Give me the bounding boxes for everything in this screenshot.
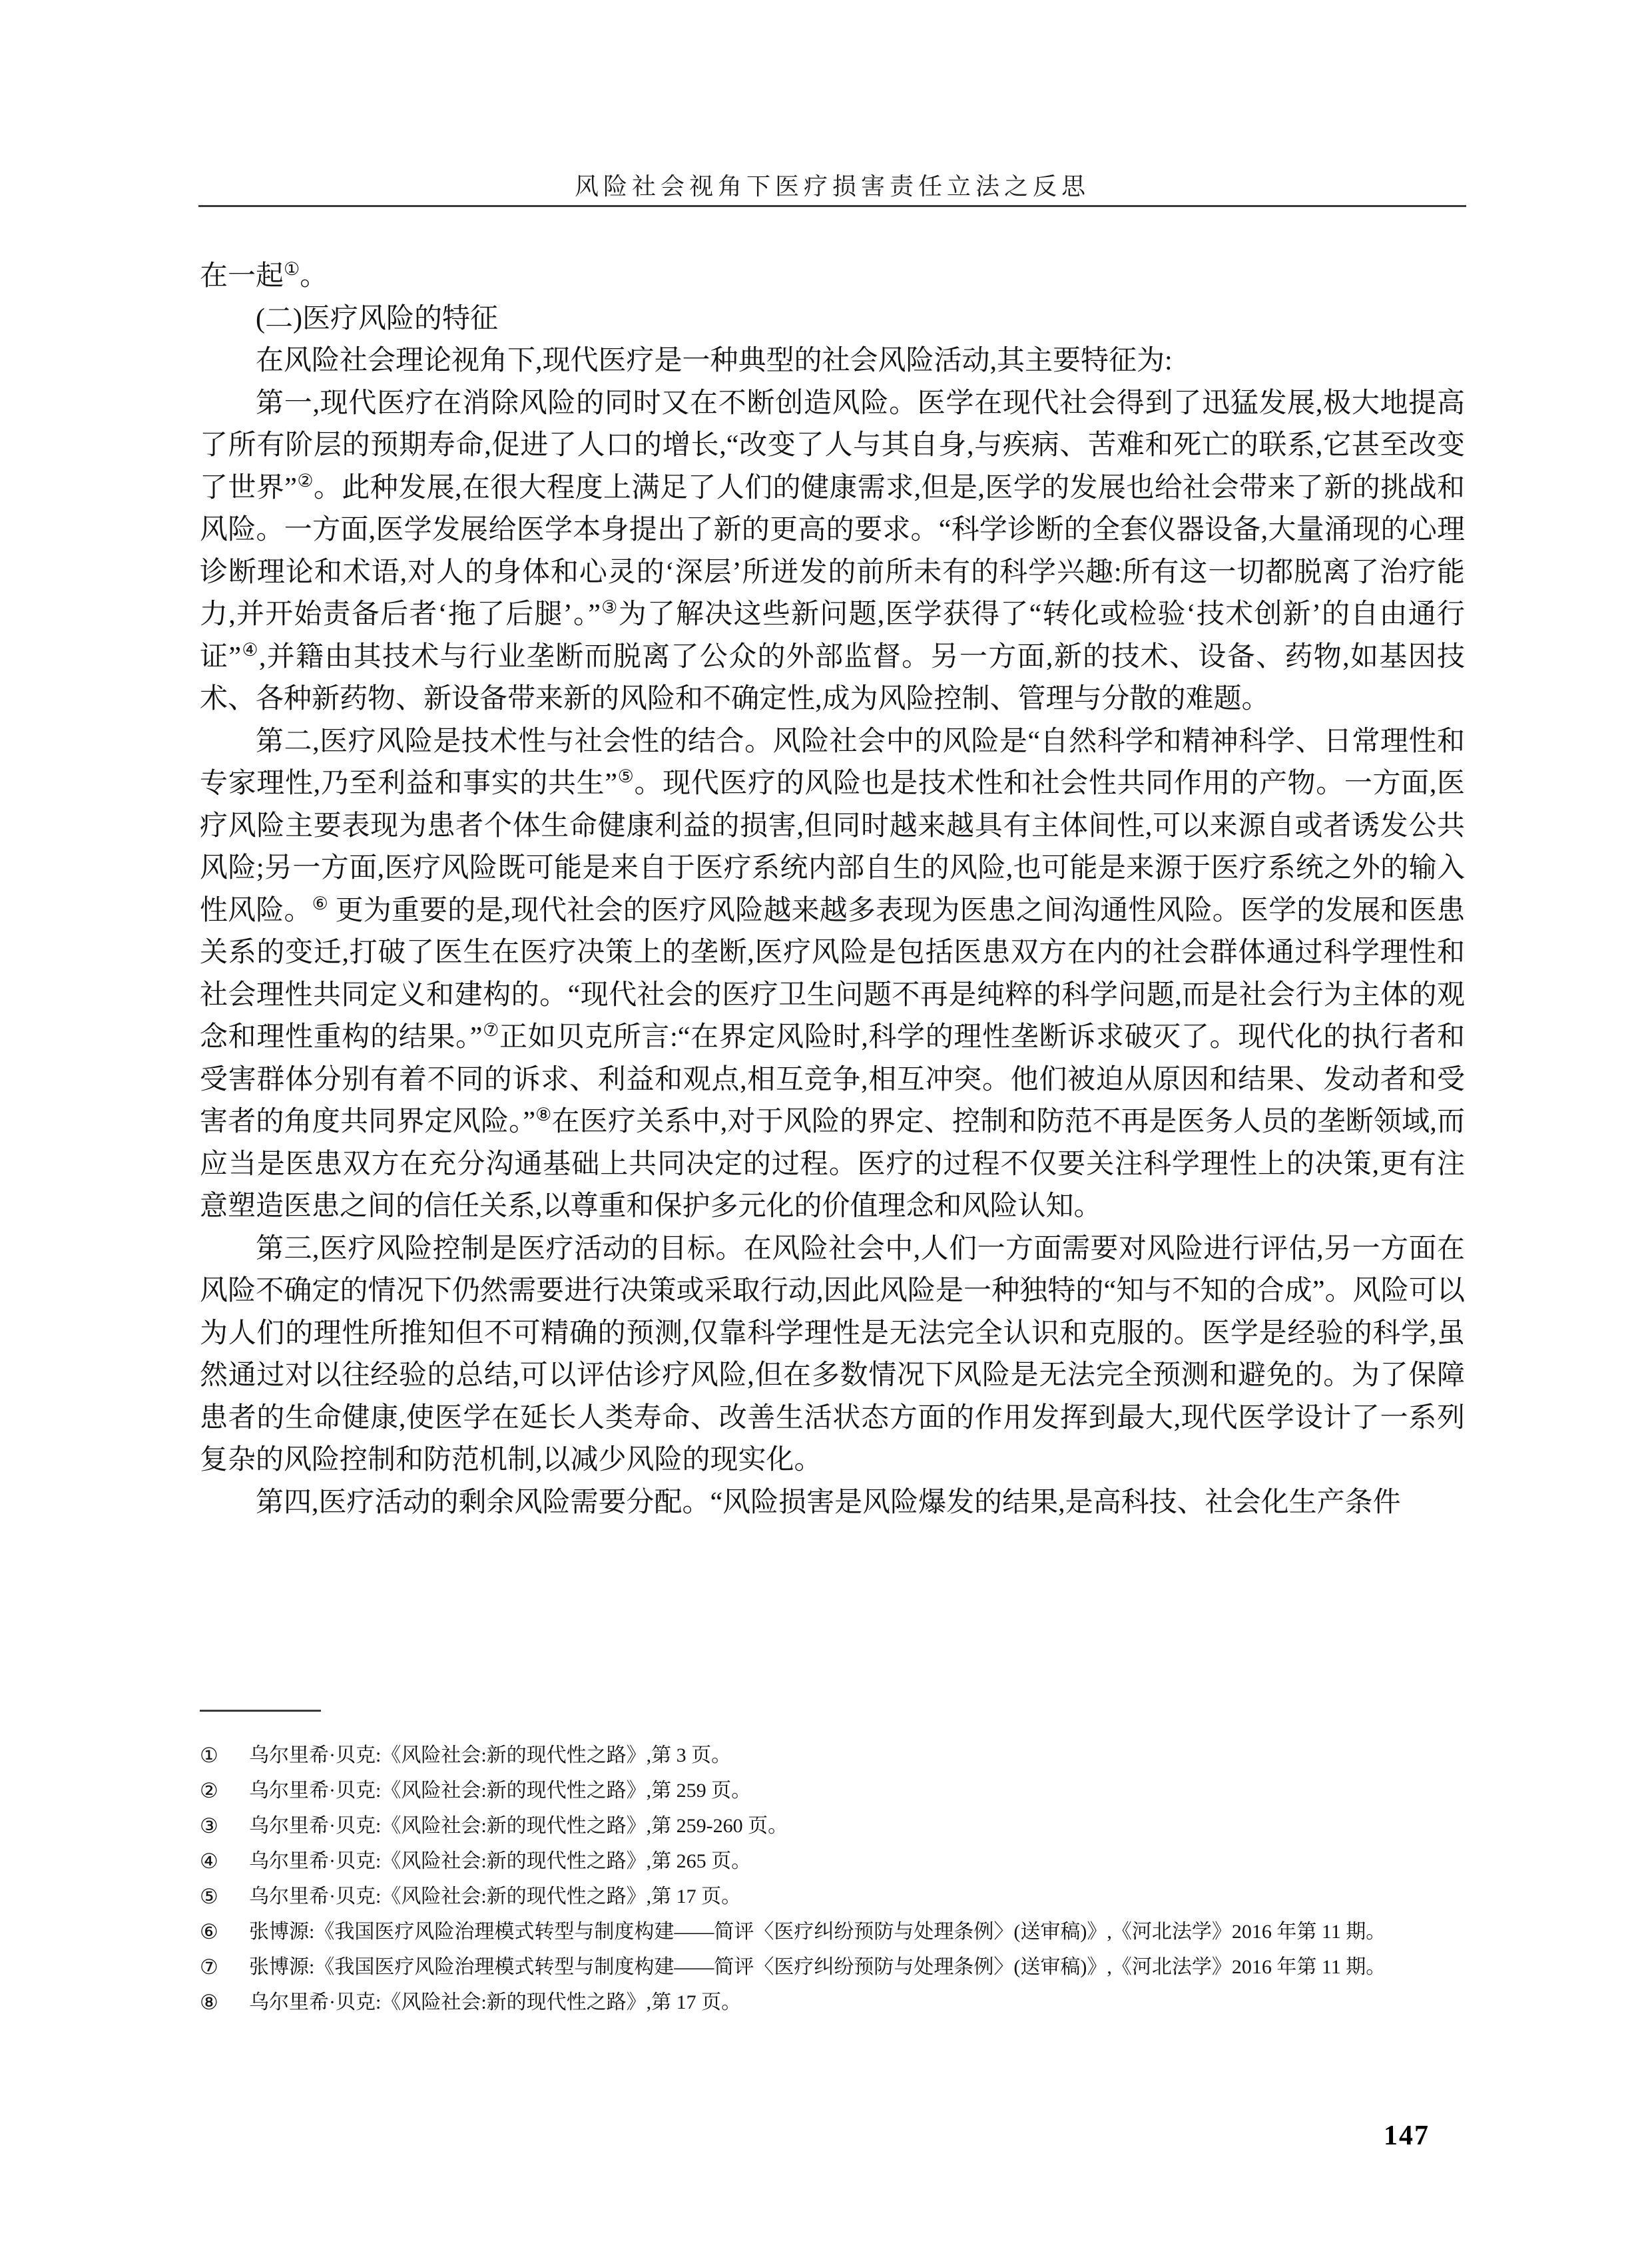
text-segment: 第三,医疗风险控制是医疗活动的目标。在风险社会中,人们一方面需要对风险进行评估,… [200,1234,1465,1476]
footnote-ref: ② [297,471,314,491]
body-paragraph: 在风险社会理论视角下,现代医疗是一种典型的社会风险活动,其主要特征为: [200,340,1465,383]
footnote-ref: ④ [241,640,259,660]
footnote-marker: ③ [200,1808,218,1844]
footnote-marker: ④ [200,1844,218,1879]
footnote-text: 乌尔里希·贝克:《风险社会:新的现代性之路》,第 265 页。 [249,1850,751,1872]
footnote-item: ④乌尔里希·贝克:《风险社会:新的现代性之路》,第 265 页。 [200,1844,1468,1879]
footnote-ref: ⑧ [535,1105,552,1124]
body-paragraph: 第一,现代医疗在消除风险的同时又在不断创造风险。医学在现代社会得到了迅猛发展,极… [200,383,1465,721]
footnote-item: ①乌尔里希·贝克:《风险社会:新的现代性之路》,第 3 页。 [200,1738,1468,1773]
footnote-ref: ⑦ [482,1020,499,1040]
footnote-ref: ① [284,259,300,279]
footnote-text: 乌尔里希·贝克:《风险社会:新的现代性之路》,第 259-260 页。 [249,1815,788,1837]
running-head-title: 风险社会视角下医疗损害责任立法之反思 [200,168,1465,202]
document-page: 风险社会视角下医疗损害责任立法之反思 在一起①。(二)医疗风险的特征在风险社会理… [0,0,1652,2241]
body-paragraph: 第四,医疗活动的剩余风险需要分配。“风险损害是风险爆发的结果,是高科技、社会化生… [200,1482,1465,1525]
text-segment: 在一起 [200,261,284,292]
footnote-marker: ⑧ [200,1985,218,2020]
footnote-ref: ③ [601,597,619,617]
footnote-text: 乌尔里希·贝克:《风险社会:新的现代性之路》,第 259 页。 [249,1780,751,1802]
text-segment: (二)医疗风险的特征 [256,304,498,334]
body-paragraph: 第二,医疗风险是技术性与社会性的结合。风险社会中的风险是“自然科学和精神科学、日… [200,721,1465,1228]
footnote-item: ⑧乌尔里希·贝克:《风险社会:新的现代性之路》,第 17 页。 [200,1985,1468,2020]
text-segment: 第四,医疗活动的剩余风险需要分配。“风险损害是风险爆发的结果,是高科技、社会化生… [256,1487,1401,1518]
text-segment: ,并籍由其技术与行业垄断而脱离了公众的外部监督。另一方面,新的技术、设备、药物,… [200,642,1465,715]
body-paragraph: (二)医疗风险的特征 [200,298,1465,341]
footnote-text: 乌尔里希·贝克:《风险社会:新的现代性之路》,第 17 页。 [249,1991,741,2013]
footnote-text: 张博源:《我国医疗风险治理模式转型与制度构建——简评〈医疗纠纷预防与处理条例〉(… [249,1921,1386,1943]
header-divider [198,205,1466,207]
footnote-text: 乌尔里希·贝克:《风险社会:新的现代性之路》,第 17 页。 [249,1885,741,1907]
footnote-item: ⑦张博源:《我国医疗风险治理模式转型与制度构建——简评〈医疗纠纷预防与处理条例〉… [200,1949,1468,1985]
footnote-item: ⑤乌尔里希·贝克:《风险社会:新的现代性之路》,第 17 页。 [200,1879,1468,1914]
body-paragraph: 第三,医疗风险控制是医疗活动的目标。在风险社会中,人们一方面需要对风险进行评估,… [200,1228,1465,1482]
footnote-item: ⑥张博源:《我国医疗风险治理模式转型与制度构建——简评〈医疗纠纷预防与处理条例〉… [200,1914,1468,1949]
footnote-marker: ② [200,1773,218,1808]
footnote-item: ②乌尔里希·贝克:《风险社会:新的现代性之路》,第 259 页。 [200,1773,1468,1808]
body-text: 在一起①。(二)医疗风险的特征在风险社会理论视角下,现代医疗是一种典型的社会风险… [200,256,1465,1524]
footnote-ref: ⑤ [617,766,635,786]
text-segment: 在风险社会理论视角下,现代医疗是一种典型的社会风险活动,其主要特征为: [256,346,1173,376]
footnote-text: 乌尔里希·贝克:《风险社会:新的现代性之路》,第 3 页。 [249,1744,731,1766]
footnotes: ①乌尔里希·贝克:《风险社会:新的现代性之路》,第 3 页。②乌尔里希·贝克:《… [200,1738,1468,2020]
body-paragraph: 在一起①。 [200,256,1465,298]
footnote-marker: ⑥ [200,1914,218,1949]
text-segment: 。 [300,261,328,292]
footnote-marker: ① [200,1738,218,1773]
footnote-ref: ⑥ [312,893,328,913]
footnote-divider [200,1710,321,1712]
footnote-item: ③乌尔里希·贝克:《风险社会:新的现代性之路》,第 259-260 页。 [200,1808,1468,1844]
footnote-marker: ⑦ [200,1949,218,1985]
footnote-text: 张博源:《我国医疗风险治理模式转型与制度构建——简评〈医疗纠纷预防与处理条例〉(… [249,1956,1386,1978]
page-number: 147 [1384,2120,1430,2152]
footnote-marker: ⑤ [200,1879,218,1914]
